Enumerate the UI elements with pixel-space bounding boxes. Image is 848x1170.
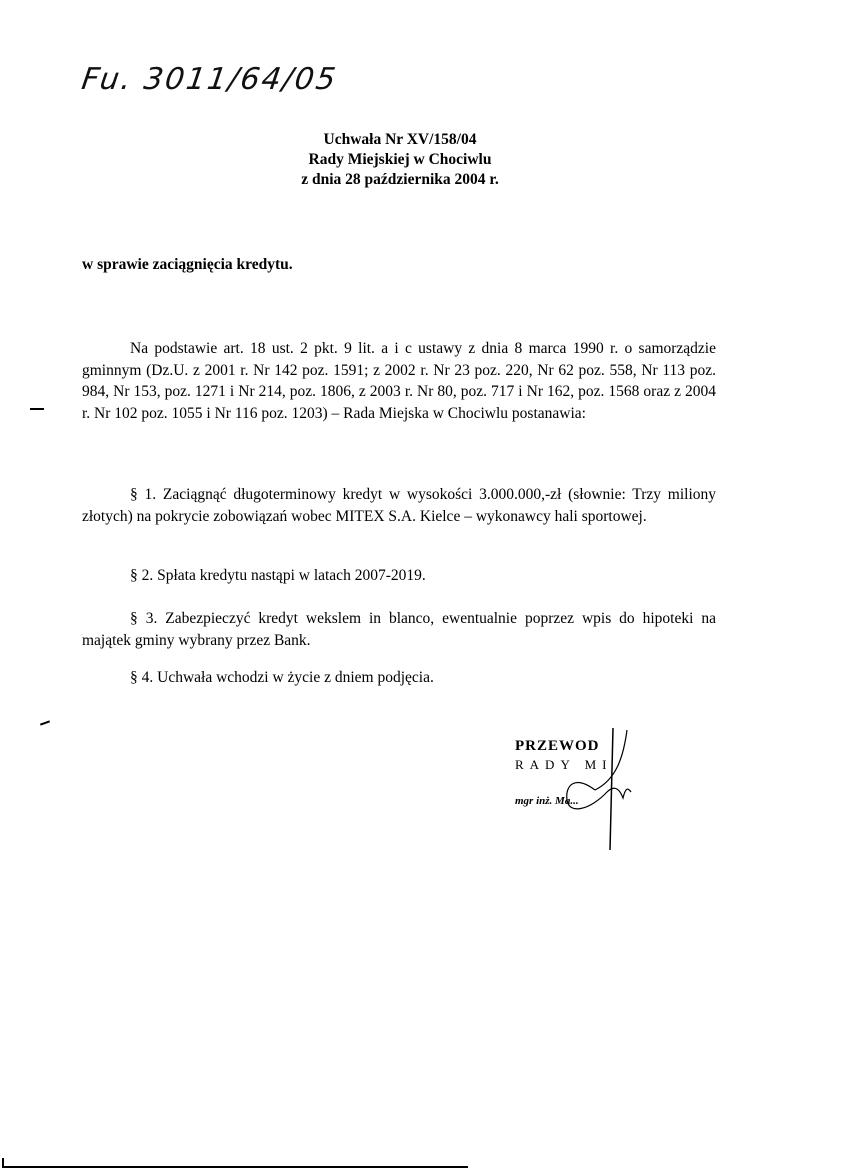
paragraph-1: § 1. Zaciągnąć długoterminowy kredyt w w… <box>82 484 716 527</box>
handwritten-reference: Fu. 3011/64/05 <box>80 62 340 97</box>
paragraph-4-text: § 4. Uchwała wchodzi w życie z dniem pod… <box>130 669 434 686</box>
page-edge-line <box>2 1166 468 1168</box>
council-name: Rady Miejskiej w Chociwlu <box>0 150 800 170</box>
paragraph-2: § 2. Spłata kredytu nastąpi w latach 200… <box>82 565 716 587</box>
paragraph-3: § 3. Zabezpieczyć kredyt wekslem in blan… <box>82 608 716 651</box>
legal-basis: Na podstawie art. 18 ust. 2 pkt. 9 lit. … <box>82 338 716 424</box>
signature-scribble-icon <box>555 720 665 860</box>
resolution-date: z dnia 28 października 2004 r. <box>0 170 800 190</box>
resolution-number: Uchwała Nr XV/158/04 <box>0 130 800 150</box>
paragraph-2-text: § 2. Spłata kredytu nastąpi w latach 200… <box>130 567 426 584</box>
paragraph-1-text: § 1. Zaciągnąć długoterminowy kredyt w w… <box>82 486 716 525</box>
paragraph-3-text: § 3. Zabezpieczyć kredyt wekslem in blan… <box>82 610 716 649</box>
margin-mark <box>40 720 50 725</box>
resolution-subject: w sprawie zaciągnięcia kredytu. <box>82 256 293 274</box>
resolution-header: Uchwała Nr XV/158/04 Rady Miejskiej w Ch… <box>0 130 800 190</box>
margin-mark <box>30 408 44 410</box>
paragraph-4: § 4. Uchwała wchodzi w życie z dniem pod… <box>82 667 716 689</box>
legal-basis-text: Na podstawie art. 18 ust. 2 pkt. 9 lit. … <box>82 340 716 422</box>
